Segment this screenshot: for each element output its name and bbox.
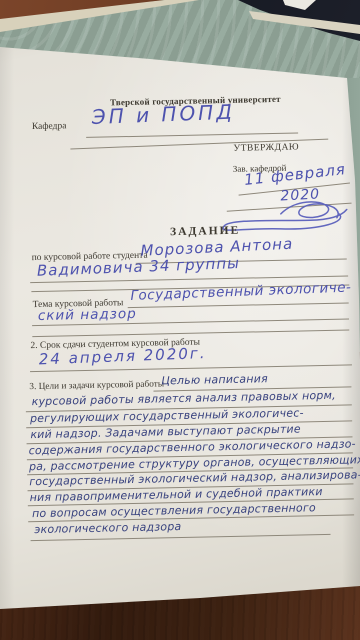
deadline-handwritten-value: 24 апреля 2020г. (39, 346, 207, 367)
ruled-line (128, 302, 349, 308)
goals-handwritten-line: Целью написания (161, 373, 268, 386)
department-label: Кафедра (32, 121, 67, 133)
ruled-line (31, 534, 331, 541)
assignment-sheet: Тверской государственный университет Каф… (0, 0, 360, 640)
topic-line1: Государственный экологиче- (130, 281, 351, 303)
goals-field-label: 3. Цели и задачи курсовой работы (29, 379, 164, 393)
topic-line2: ский надзор (38, 308, 137, 324)
photo-of-coursework-assignment: Тверской государственный университет Каф… (0, 0, 360, 640)
goals-handwritten-line: экологического надзора (34, 521, 181, 535)
ruled-line (32, 329, 349, 337)
approve-title: УТВЕРЖДАЮ (233, 142, 299, 154)
ruled-line (86, 132, 298, 137)
goals-handwritten-line: курсовой работы является анализ правовых… (32, 390, 336, 407)
department-handwritten-value: ЭП и ПОПД (91, 102, 235, 127)
form-content: Тверской государственный университет Каф… (0, 0, 360, 640)
